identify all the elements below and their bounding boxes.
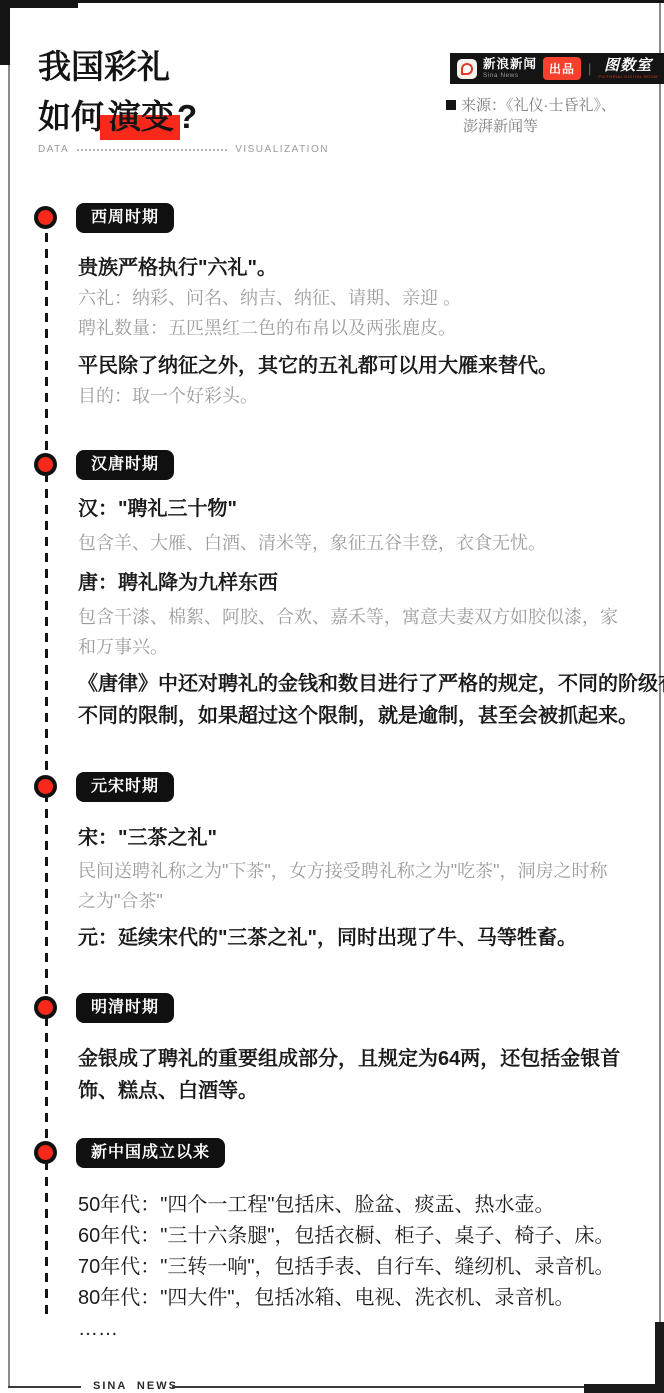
page-title-line2: 如何演变?	[38, 92, 197, 142]
source-line1: 来源：《礼仪·士昏礼》、	[461, 97, 616, 114]
title-question-mark: ?	[177, 98, 197, 135]
top-border-line	[0, 0, 664, 3]
footer-brand-label: SINA NEWS	[93, 1380, 178, 1392]
text-line: 70年代："三转一响"，包括手表、自行车、缝纫机、录音机。	[78, 1252, 650, 1283]
text-line: 金银成了聘礼的重要组成部分，且规定为64两，还包括金银首	[78, 1043, 650, 1075]
era-badge: 汉唐时期	[76, 450, 174, 480]
text-line: 不同的限制，如果超过这个限制，就是逾制，甚至会被抓起来。	[78, 700, 650, 732]
era-text-block: 50年代："四个一工程"包括床、脸盆、痰盂、热水壶。60年代："三十六条腿"，包…	[78, 1190, 650, 1345]
left-border-line	[8, 65, 10, 1387]
text-line: 包含干漆、棉絮、阿胶、合欢、嘉禾等，寓意夫妻双方如胶似漆，家	[78, 602, 650, 632]
footer-line-left	[8, 1386, 81, 1388]
era-text-block: 唐：聘礼降为九样东西	[78, 567, 650, 599]
sina-name-en: Sina News	[483, 73, 537, 80]
dotted-divider-line	[77, 149, 227, 151]
text-line: 宋："三茶之礼"	[78, 822, 650, 854]
text-line: 80年代："四大件"，包括冰箱、电视、洗衣机、录音机。	[78, 1283, 650, 1314]
text-line: 民间送聘礼称之为"下茶"，女方接受聘礼称之为"吃茶"，洞房之时称	[78, 856, 650, 886]
footer-line-right	[172, 1386, 584, 1388]
sina-name-cn: 新浪新闻	[483, 58, 537, 71]
timeline-dot	[34, 996, 57, 1019]
era-text-block: 民间送聘礼称之为"下茶"，女方接受聘礼称之为"吃茶"，洞房之时称之为"合茶"	[78, 856, 650, 916]
text-line: 之为"合茶"	[78, 886, 650, 916]
sina-logo-icon	[457, 59, 477, 79]
sina-news-wordmark: 新浪新闻 Sina News	[483, 58, 537, 79]
text-line: 饰、糕点、白酒等。	[78, 1075, 650, 1107]
text-line: 目的：取一个好彩头。	[78, 381, 650, 411]
text-line: 六礼：纳彩、问名、纳吉、纳征、请期、亲迎 。	[78, 283, 650, 313]
sina-news-logo-bar: 新浪新闻 Sina News 出品 | 图数室 PICTORIAL DIGITA…	[450, 53, 664, 84]
text-line: 元：延续宋代的"三茶之礼"，同时出现了牛、马等牲畜。	[78, 922, 650, 954]
text-line: 聘礼数量：五匹黑红二色的布帛以及两张鹿皮。	[78, 313, 650, 343]
produced-by-badge: 出品	[543, 57, 581, 80]
text-line: 60年代："三十六条腿"，包括衣橱、柜子、桌子、椅子、床。	[78, 1221, 650, 1252]
era-badge: 西周时期	[76, 203, 174, 233]
text-line: ……	[78, 1314, 650, 1345]
era-text-block: 元：延续宋代的"三茶之礼"，同时出现了牛、马等牲畜。	[78, 922, 650, 954]
top-left-corner-mark-horizontal	[0, 0, 78, 8]
top-left-corner-mark	[0, 0, 10, 65]
bottom-right-corner-mark-vertical	[655, 1322, 664, 1393]
data-visualization-divider: DATA VISUALIZATION	[38, 144, 268, 155]
era-text-block: 目的：取一个好彩头。	[78, 381, 650, 411]
timeline-dot	[34, 775, 57, 798]
era-badge: 明清时期	[76, 993, 174, 1023]
era-text-block: 汉："聘礼三十物"	[78, 493, 650, 525]
page-title-line1: 我国彩礼	[38, 42, 197, 92]
timeline-dot	[34, 206, 57, 229]
divider-label-visualization: VISUALIZATION	[235, 144, 329, 155]
text-line: 包含羊、大雁、白酒、清米等，象征五谷丰登，衣食无忧。	[78, 528, 650, 558]
source-credit: 来源：《礼仪·士昏礼》、 澎湃新闻等	[446, 95, 616, 137]
era-text-block: 六礼：纳彩、问名、纳吉、纳征、请期、亲迎 。聘礼数量：五匹黑红二色的布帛以及两张…	[78, 283, 650, 343]
studio-name: 图数室	[604, 58, 652, 73]
page-title: 我国彩礼 如何演变?	[38, 42, 197, 142]
text-line: 汉："聘礼三十物"	[78, 493, 650, 525]
logo-separator: |	[588, 61, 591, 76]
era-badge: 元宋时期	[76, 772, 174, 802]
infographic-page: 我国彩礼 如何演变? DATA VISUALIZATION 新浪新闻 Sina …	[0, 0, 664, 1393]
era-text-block: 《唐律》中还对聘礼的金钱和数目进行了严格的规定，不同的阶级有不同的限制，如果超过…	[78, 668, 650, 732]
divider-label-data: DATA	[38, 144, 69, 155]
text-line: 《唐律》中还对聘礼的金钱和数目进行了严格的规定，不同的阶级有	[78, 668, 650, 700]
sina-eye-icon	[461, 63, 473, 75]
era-text-block: 金银成了聘礼的重要组成部分，且规定为64两，还包括金银首饰、糕点、白酒等。	[78, 1043, 650, 1107]
era-badge: 新中国成立以来	[76, 1138, 225, 1168]
right-border-line	[659, 3, 661, 1322]
era-text-block: 宋："三茶之礼"	[78, 822, 650, 854]
timeline-dot	[34, 453, 57, 476]
era-text-block: 贵族严格执行"六礼"。	[78, 252, 650, 284]
studio-logo: 图数室 PICTORIAL DIGITAL ROOM	[598, 58, 657, 79]
title-highlight: 演变	[100, 98, 180, 140]
text-line: 贵族严格执行"六礼"。	[78, 252, 650, 284]
text-line: 唐：聘礼降为九样东西	[78, 567, 650, 599]
text-line: 平民除了纳征之外，其它的五礼都可以用大雁来替代。	[78, 350, 650, 382]
era-text-block: 平民除了纳征之外，其它的五礼都可以用大雁来替代。	[78, 350, 650, 382]
era-text-block: 包含羊、大雁、白酒、清米等，象征五谷丰登，衣食无忧。	[78, 528, 650, 558]
era-text-block: 包含干漆、棉絮、阿胶、合欢、嘉禾等，寓意夫妻双方如胶似漆，家和万事兴。	[78, 602, 650, 662]
title-prefix: 如何	[38, 98, 104, 135]
text-line: 和万事兴。	[78, 632, 650, 662]
bottom-right-corner-mark-horizontal	[584, 1384, 664, 1393]
studio-caption: PICTORIAL DIGITAL ROOM	[598, 75, 657, 79]
timeline-dot	[34, 1141, 57, 1164]
source-square-bullet-icon	[446, 100, 456, 110]
source-line2: 澎湃新闻等	[446, 116, 616, 137]
text-line: 50年代："四个一工程"包括床、脸盆、痰盂、热水壶。	[78, 1190, 650, 1221]
